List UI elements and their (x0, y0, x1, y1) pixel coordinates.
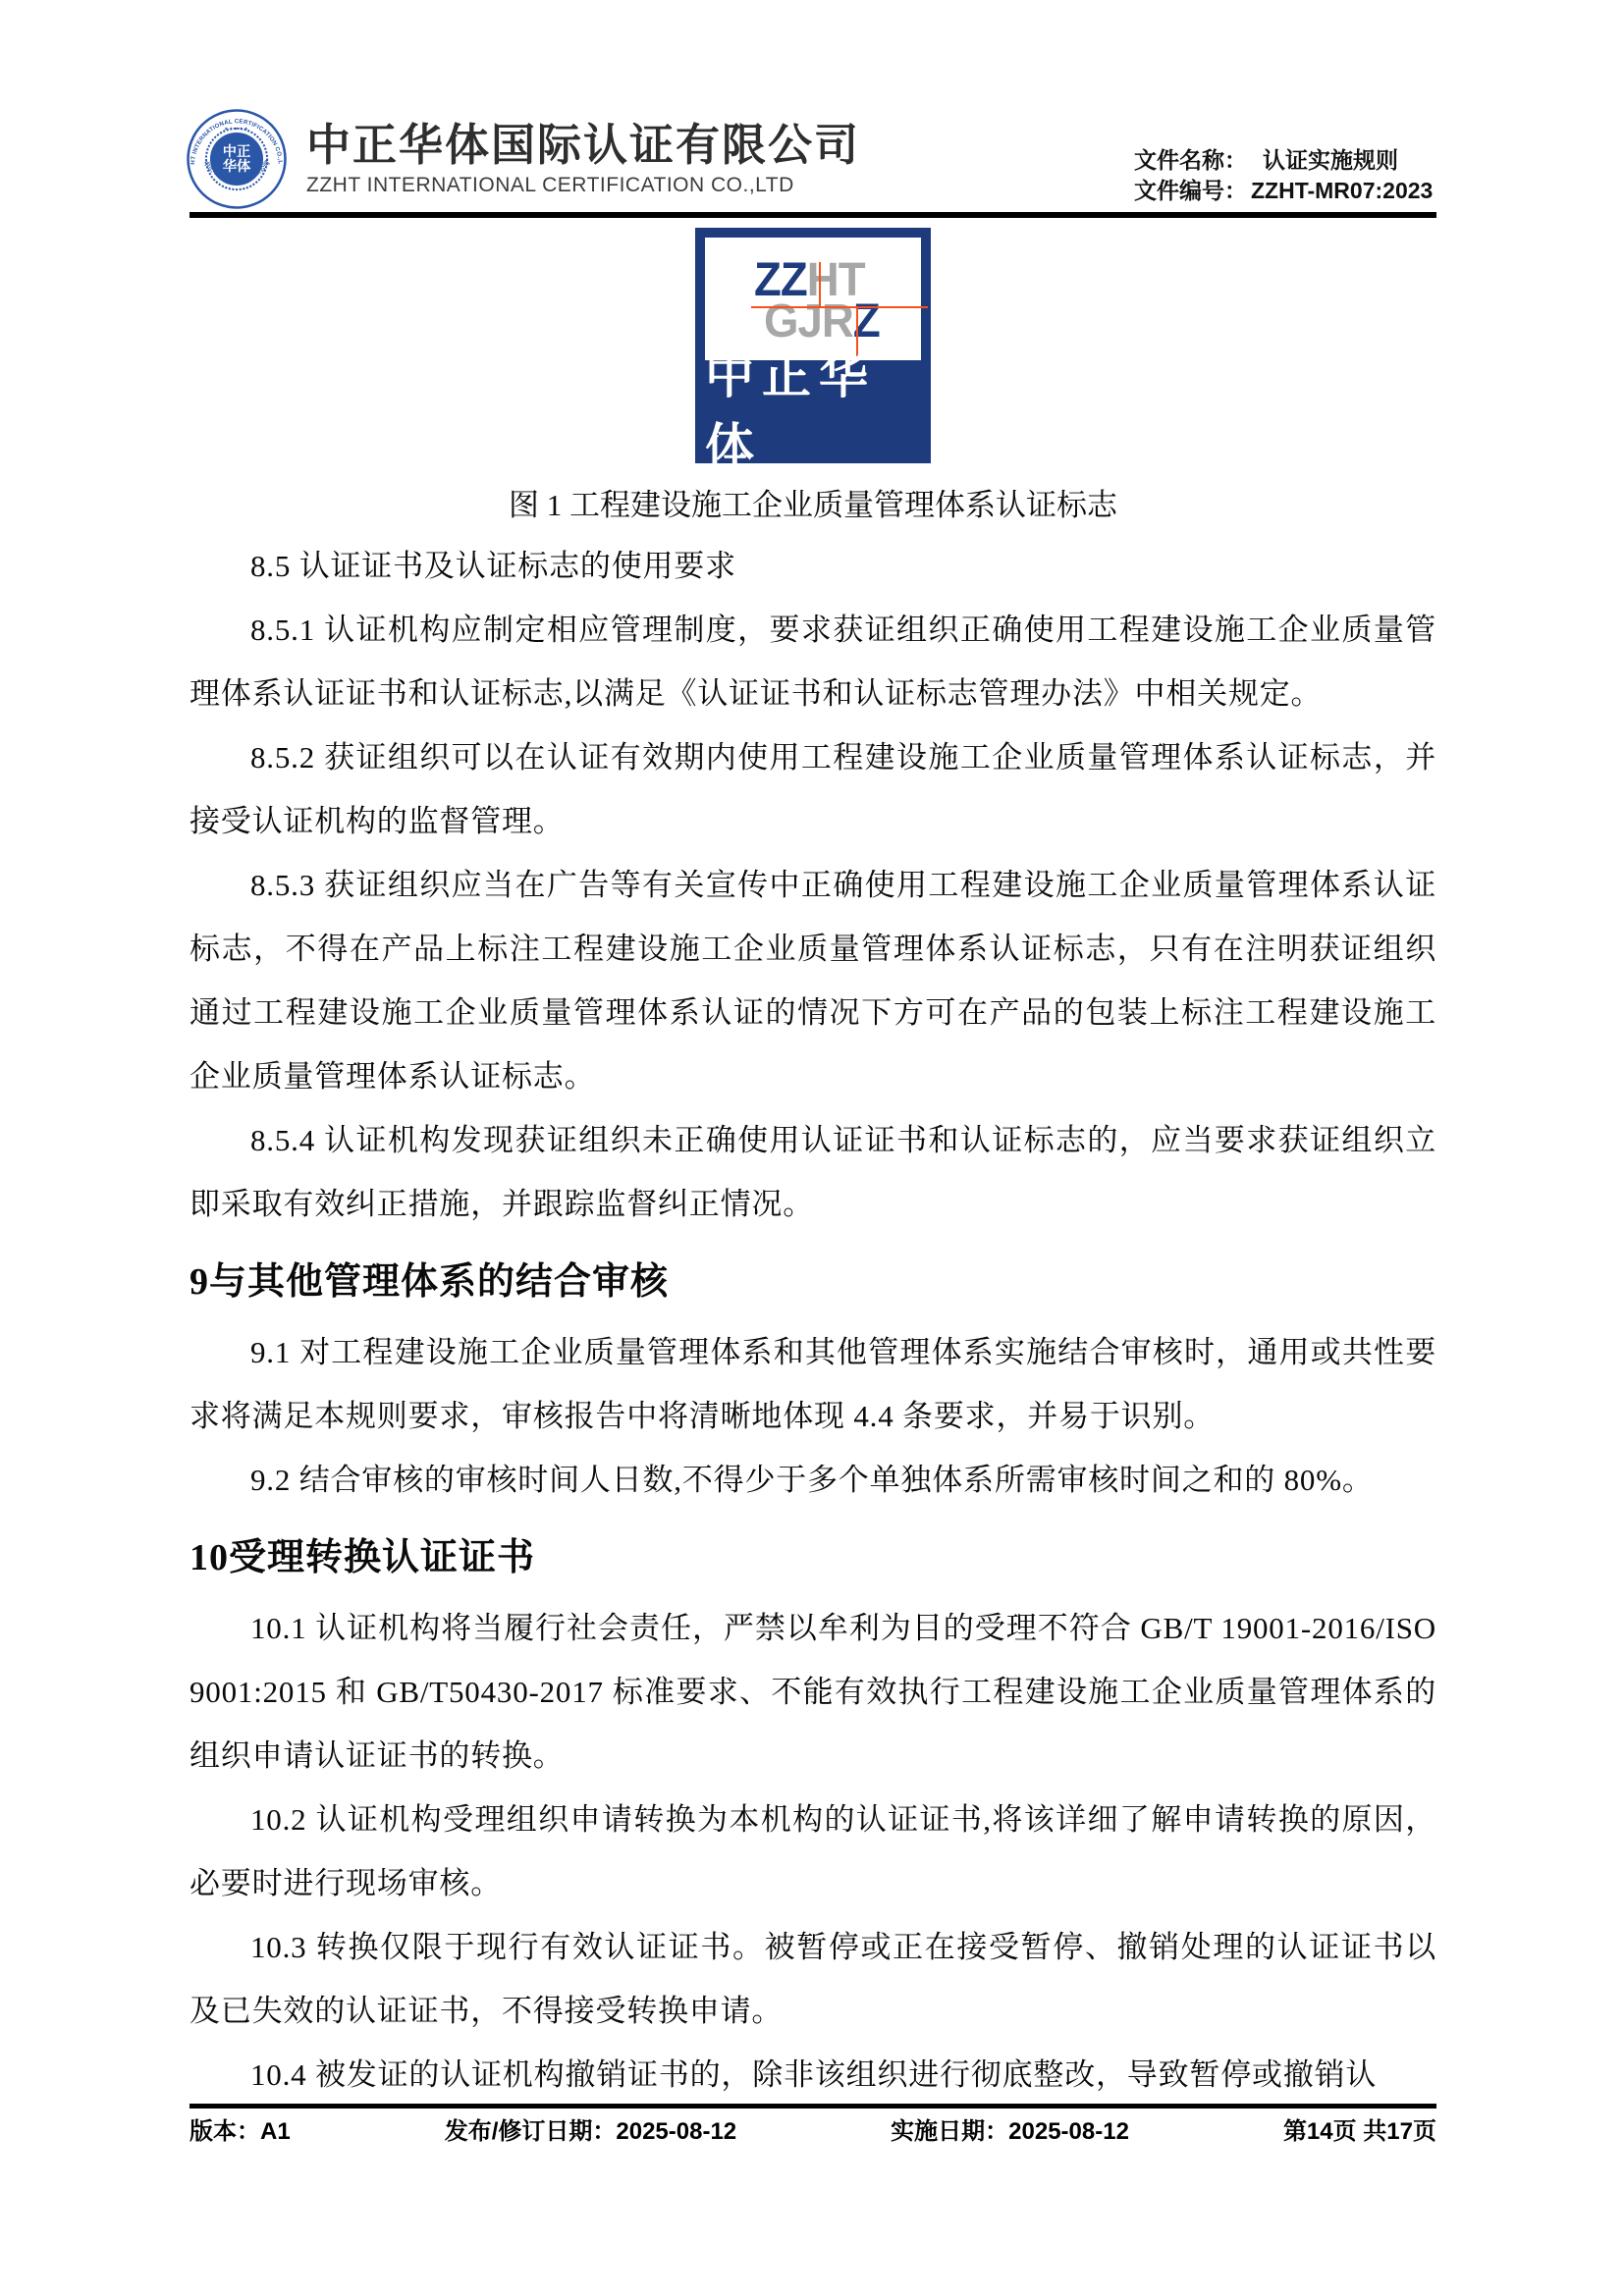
mark-crosshair-vertical-1 (819, 262, 821, 308)
clause-8-5-4: 8.5.4 认证机构发现获证组织未正确使用认证证书和认证标志的，应当要求获证组织… (189, 1108, 1436, 1236)
mark-crosshair-horizontal (751, 306, 928, 308)
doc-name-value: 认证实施规则 (1263, 147, 1398, 173)
section-9-heading: 9与其他管理体系的结合审核 (189, 1244, 1436, 1320)
clause-10-2: 10.2 认证机构受理组织申请转换为本机构的认证证书,将该详细了解申请转换的原因… (189, 1788, 1436, 1915)
company-name-cn: 中正华体国际认证有限公司 (306, 120, 860, 171)
company-name-en: ZZHT INTERNATIONAL CERTIFICATION CO.,LTD (306, 173, 860, 198)
clause-9-1: 9.1 对工程建设施工企业质量管理体系和其他管理体系实施结合审核时，通用或共性要… (189, 1320, 1436, 1448)
mark-banner-text: 中正华体 (705, 337, 921, 478)
seal-center-line2: 华体 (223, 158, 251, 175)
footer-divider (189, 2104, 1436, 2109)
company-block: 中正华体国际认证有限公司 ZZHT INTERNATIONAL CERTIFIC… (306, 120, 860, 198)
doc-number-row: 文件编号：ZZHT-MR07:2023 (1134, 176, 1438, 206)
document-page: ZZHT INTERNATIONAL CERTIFICATION CO.,LTD… (0, 0, 1624, 2296)
clause-8-5-2: 8.5.2 获证组织可以在认证有效期内使用工程建设施工企业质量管理体系认证标志，… (189, 725, 1436, 853)
figure-caption: 图 1 工程建设施工企业质量管理体系认证标志 (189, 485, 1436, 526)
doc-number-value: ZZHT-MR07:2023 (1251, 178, 1433, 203)
doc-name-row: 文件名称：认证实施规则 (1134, 145, 1438, 176)
clause-10-1: 10.1 认证机构将当履行社会责任，严禁以牟利为目的受理不符合 GB/T 190… (189, 1596, 1436, 1788)
clause-10-3: 10.3 转换仅限于现行有效认证证书。被暂停或正在接受暂停、撤销处理的认证证书以… (189, 1915, 1436, 2043)
doc-number-label: 文件编号： (1134, 178, 1247, 203)
clause-8-5-1: 8.5.1 认证机构应制定相应管理制度，要求获证组织正确使用工程建设施工企业质量… (189, 598, 1436, 725)
mark-banner: 中正华体 (705, 360, 921, 454)
clause-10-4: 10.4 被发证的认证机构撤销证书的，除非该组织进行彻底整改，导致暂停或撤销认 (189, 2043, 1436, 2107)
clause-8-5-3: 8.5.3 获证组织应当在广告等有关宣传中正确使用工程建设施工企业质量管理体系认… (189, 853, 1436, 1108)
doc-name-label: 文件名称： (1134, 147, 1247, 173)
document-info: 文件名称：认证实施规则 文件编号：ZZHT-MR07:2023 (1134, 145, 1438, 206)
seal-center-line1: 中正 (223, 143, 251, 160)
certification-mark-figure: ZZHT GJRZ 中正华体 (695, 228, 931, 463)
company-seal-logo: ZZHT INTERNATIONAL CERTIFICATION CO.,LTD… (187, 109, 287, 209)
footer-page-info: 第14页 共17页 (1283, 2112, 1436, 2152)
clause-8-5: 8.5 认证证书及认证标志的使用要求 (189, 534, 1436, 598)
clause-9-2: 9.2 结合审核的审核时间人日数,不得少于多个单独体系所需审核时间之和的 80%… (189, 1448, 1436, 1512)
page-content: ZZHT GJRZ 中正华体 图 1 工程建设施工企业质量管理体系认证标志 8.… (189, 228, 1436, 2107)
footer-publish-date: 发布/修订日期：2025-08-12 (445, 2112, 736, 2152)
page-footer: 版本：A1 发布/修订日期：2025-08-12 实施日期：2025-08-12… (189, 2112, 1436, 2152)
footer-implement-date: 实施日期：2025-08-12 (891, 2112, 1129, 2152)
section-10-heading: 10受理转换认证证书 (189, 1520, 1436, 1596)
footer-version: 版本：A1 (189, 2112, 291, 2152)
header-divider (189, 212, 1436, 218)
